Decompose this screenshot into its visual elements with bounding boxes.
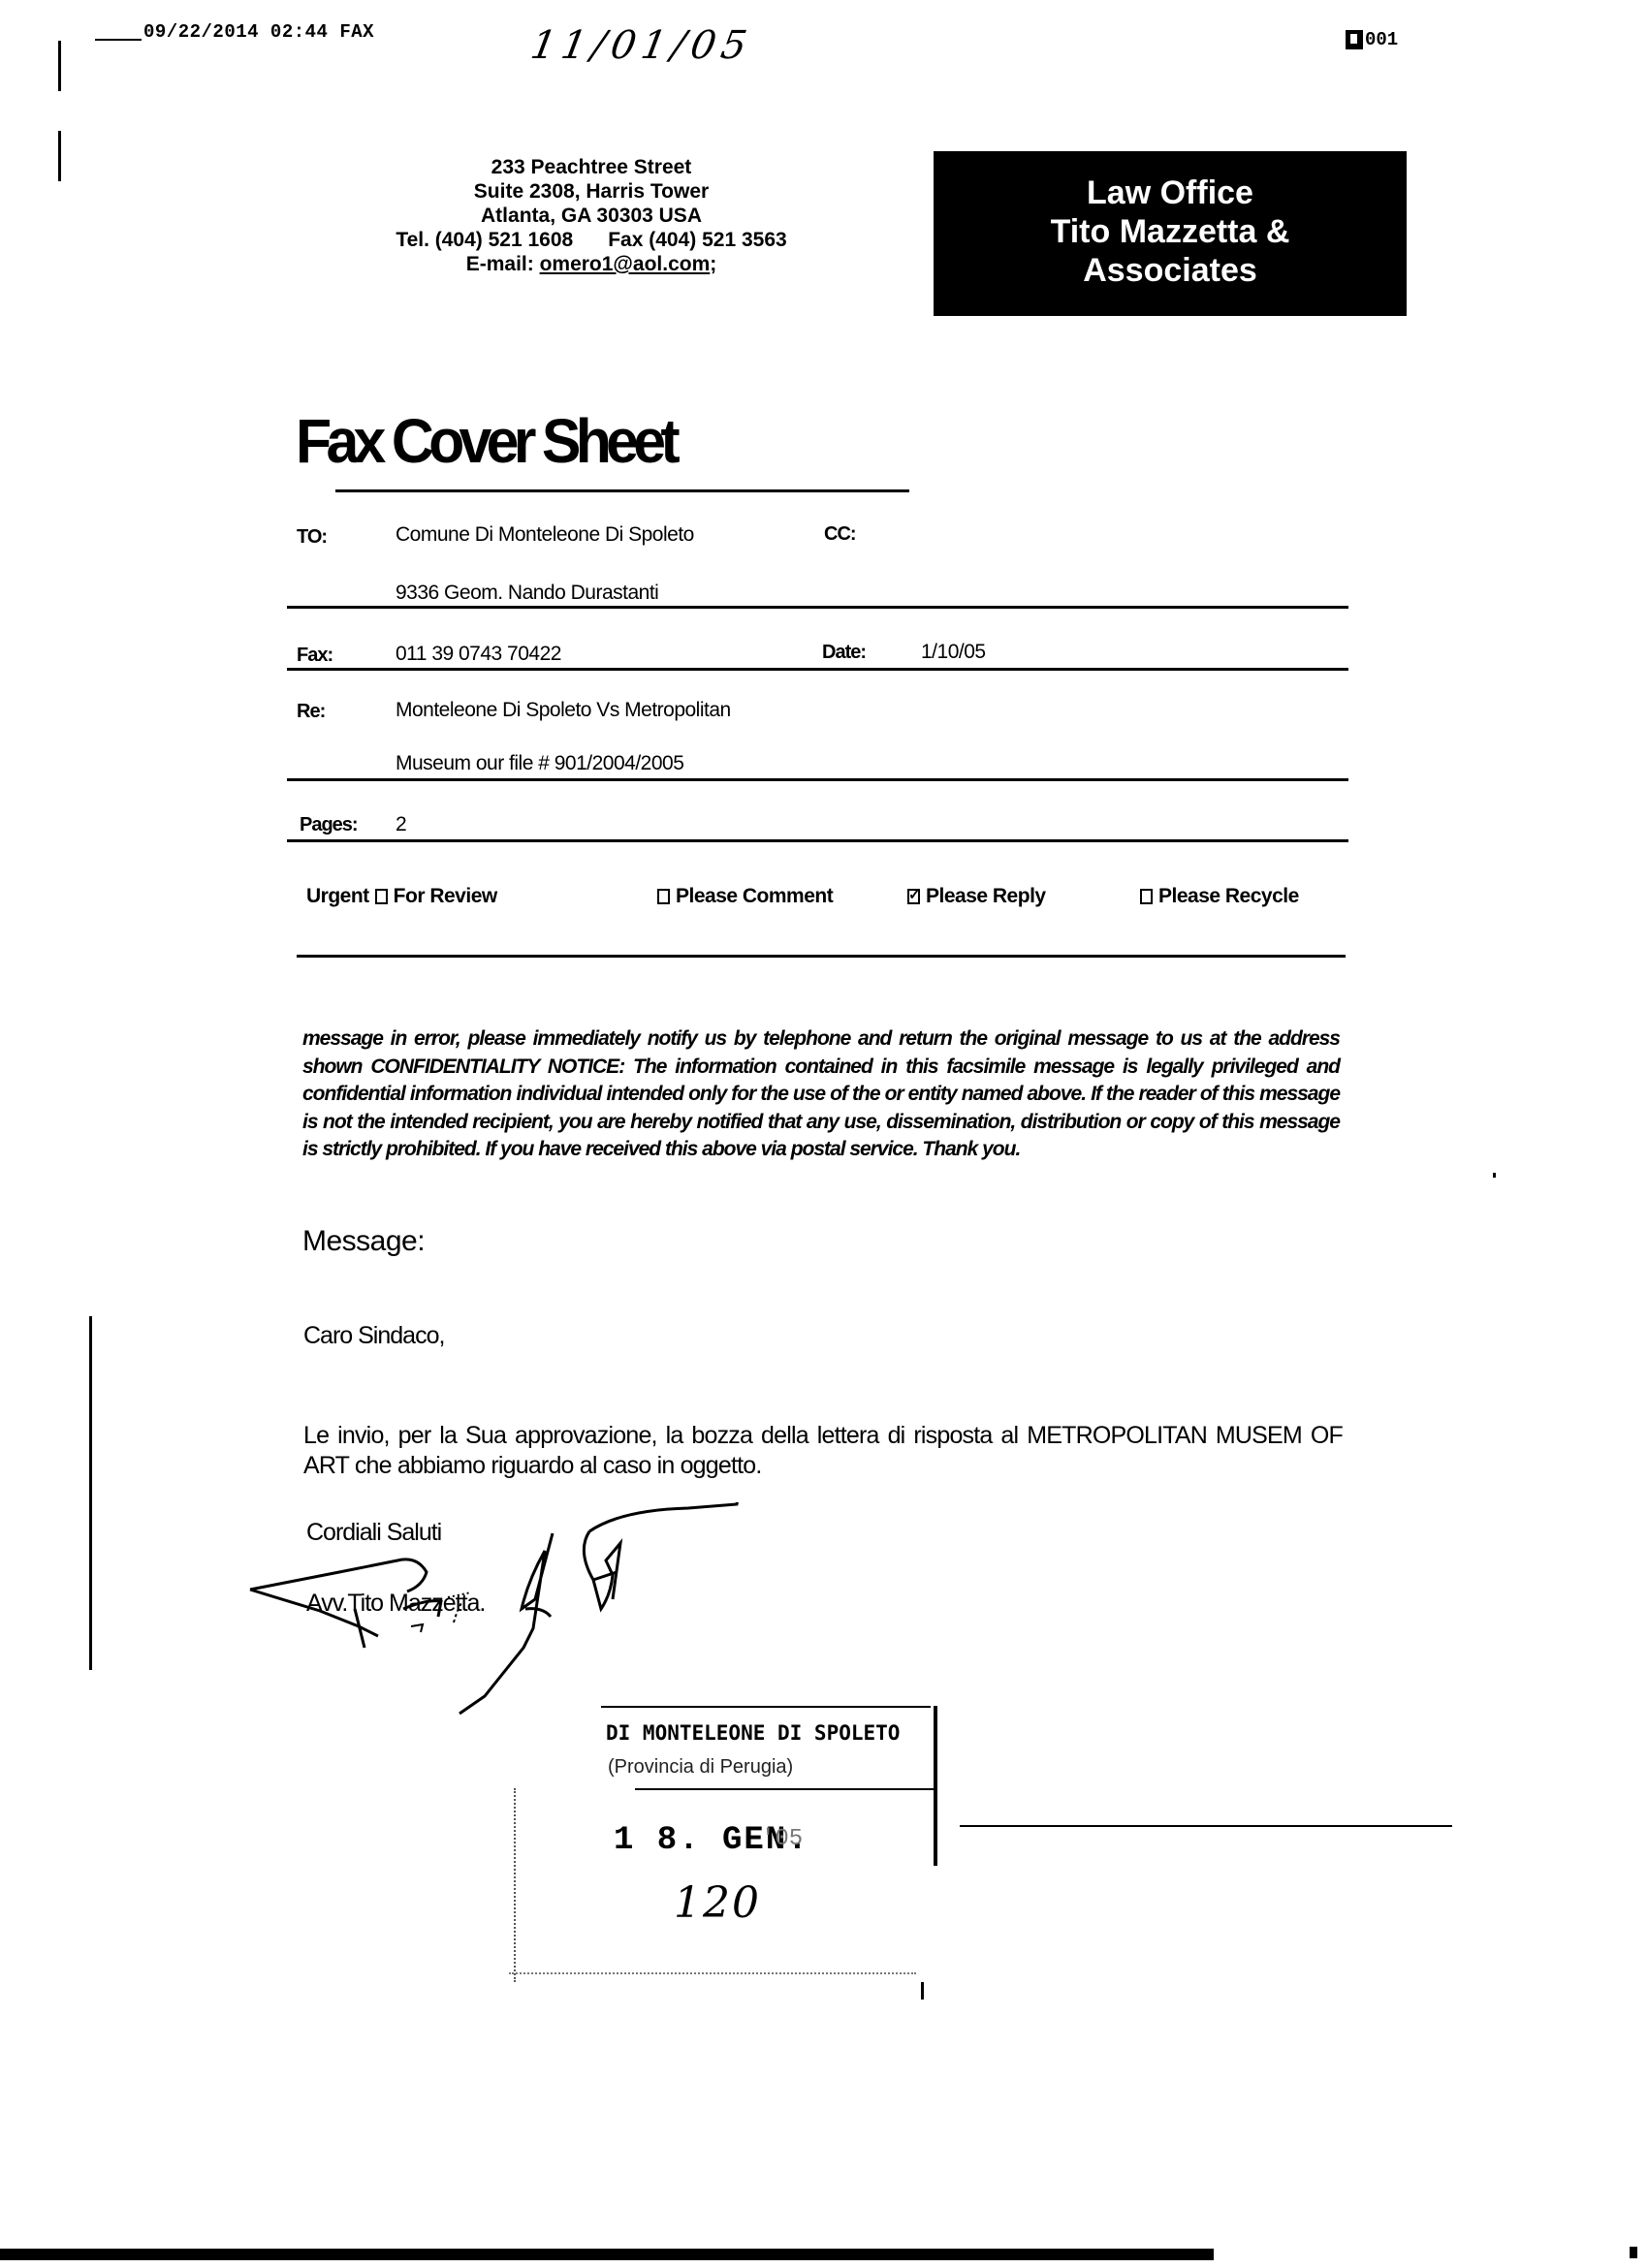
email-label: E-mail: <box>466 253 534 275</box>
confidentiality-notice: message in error, please immediately not… <box>302 1025 1340 1164</box>
address-line-2: Suite 2308, Harris Tower <box>349 179 834 204</box>
stamp-frame <box>635 1788 935 1790</box>
email-link[interactable]: omero1@aol.com <box>540 253 711 275</box>
logo-line-2: Tito Mazzetta & <box>934 212 1407 251</box>
email-row: E-mail: omero1@aol.com; <box>349 252 834 276</box>
law-office-logo: Law Office Tito Mazzetta & Associates <box>934 151 1407 316</box>
field-rule <box>287 606 1348 609</box>
logo-line-3: Associates <box>934 251 1407 290</box>
pages-value: 2 <box>396 813 406 836</box>
option-please-recycle-label: Please Recycle <box>1158 885 1299 908</box>
fax-value: 011 39 0743 70422 <box>396 643 561 666</box>
message-body: Le invio, per la Sua approvazione, la bo… <box>303 1421 1343 1481</box>
protocol-stamp: DI MONTELEONE DI SPOLETO (Provincia di P… <box>490 1706 935 2006</box>
sender-address: 233 Peachtree Street Suite 2308, Harris … <box>349 155 834 276</box>
scan-margin-line <box>89 1316 92 1670</box>
fax-label: Fax: <box>297 645 333 667</box>
option-please-comment-label: Please Comment <box>676 885 833 908</box>
date-label: Date: <box>822 642 866 664</box>
signer-name: Avv.Tito Mazzetta. <box>306 1590 485 1618</box>
header-dash <box>95 39 142 41</box>
field-rule <box>287 778 1348 781</box>
signature-rule <box>960 1825 1452 1827</box>
message-label: Message: <box>302 1225 425 1258</box>
option-for-review-label: For Review <box>394 885 497 908</box>
stamp-province: (Provincia di Perugia) <box>608 1756 793 1779</box>
options-rule <box>297 955 1346 958</box>
to-value-line-2: 9336 Geom. Nando Durastanti <box>396 582 658 605</box>
re-label: Re: <box>297 701 325 723</box>
field-rule <box>287 839 1348 842</box>
stamp-organization: DI MONTELEONE DI SPOLETO <box>606 1721 900 1745</box>
stamp-mark <box>921 1982 924 2000</box>
re-value-line-1: Monteleone Di Spoleto Vs Metropolitan <box>396 699 731 722</box>
stamp-protocol-number: 120 <box>674 1878 761 1928</box>
checkbox-icon[interactable] <box>657 889 670 904</box>
checkbox-icon[interactable] <box>375 889 388 904</box>
checkbox-icon[interactable] <box>1140 889 1153 904</box>
to-value-line-1: Comune Di Monteleone Di Spoleto <box>396 523 694 547</box>
option-please-reply[interactable]: Please Reply <box>907 885 1046 908</box>
phone-row: Tel. (404) 521 1608 Fax (404) 521 3563 <box>349 228 834 252</box>
stamp-frame <box>601 1706 931 1708</box>
scan-artifact <box>1630 2247 1637 2258</box>
address-line-1: 233 Peachtree Street <box>349 155 834 179</box>
handwritten-date: 11/01/05 <box>527 23 756 68</box>
logo-line-1: Law Office <box>934 173 1407 212</box>
message-closing: Cordiali Saluti <box>306 1519 441 1547</box>
option-please-comment[interactable]: Please Comment <box>657 885 833 908</box>
message-salutation: Caro Sindaco, <box>303 1322 444 1350</box>
stamp-year: '05 <box>761 1826 803 1852</box>
pages-label: Pages: <box>300 814 358 836</box>
stamp-frame <box>934 1706 937 1866</box>
title-rule <box>335 489 909 492</box>
page-title: Fax Cover Sheet <box>296 405 675 477</box>
option-urgent[interactable]: Urgent For Review <box>306 885 497 908</box>
page-counter-icon <box>1346 30 1363 49</box>
cc-label: CC: <box>824 523 856 546</box>
scan-artifact <box>1493 1173 1496 1178</box>
date-value: 1/10/05 <box>921 641 986 664</box>
re-value-line-2: Museum our file # 901/2004/2005 <box>396 752 683 775</box>
stamp-frame <box>514 1788 516 1982</box>
page-counter: 001 <box>1346 29 1398 50</box>
fax-transmission-stamp: 09/22/2014 02:44 FAX <box>143 21 374 43</box>
checked-checkbox-icon[interactable] <box>907 889 920 904</box>
sender-tel: Tel. (404) 521 1608 <box>396 228 573 252</box>
page-counter-value: 001 <box>1365 29 1398 50</box>
address-line-3: Atlanta, GA 30303 USA <box>349 204 834 228</box>
to-label: TO: <box>297 526 327 549</box>
scan-bottom-edge <box>0 2249 1214 2260</box>
option-please-recycle[interactable]: Please Recycle <box>1140 885 1299 908</box>
email-suffix: ; <box>710 253 716 275</box>
field-rule <box>287 668 1348 671</box>
sender-fax: Fax (404) 521 3563 <box>608 228 786 252</box>
stamp-frame <box>509 1972 916 1974</box>
scan-margin-line <box>58 131 61 181</box>
option-urgent-label: Urgent <box>306 885 369 908</box>
scan-margin-line <box>58 41 61 91</box>
option-please-reply-label: Please Reply <box>926 885 1046 908</box>
